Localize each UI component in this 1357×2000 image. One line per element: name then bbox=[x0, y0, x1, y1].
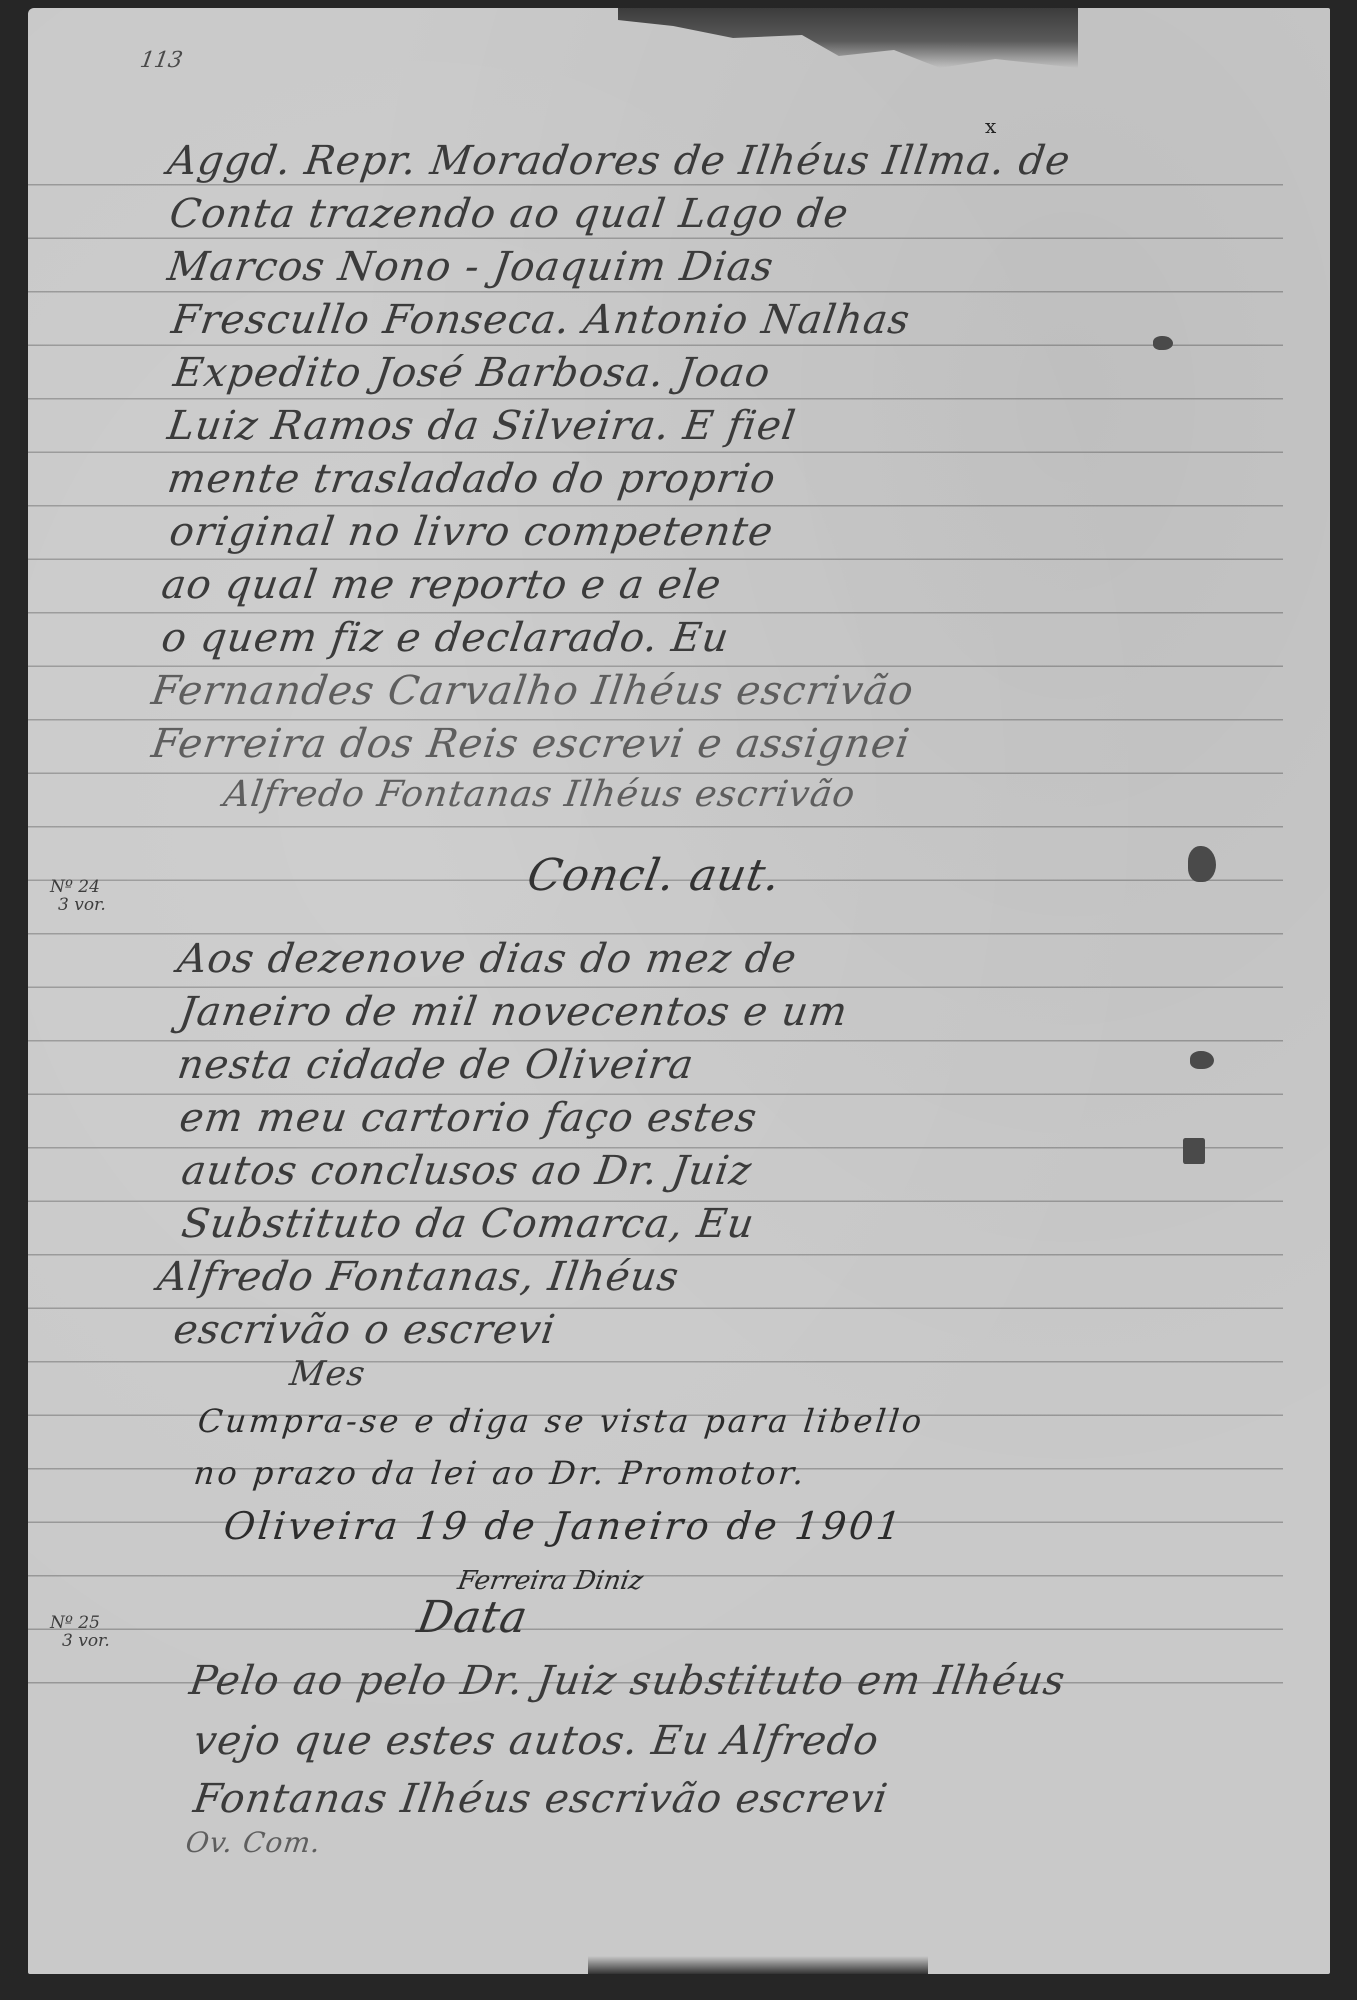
text-line: no prazo da lei ao Dr. Promotor. bbox=[192, 1454, 809, 1492]
text-line: Ov. Com. bbox=[184, 1826, 324, 1859]
text-line: Cumpra-se e diga se vista para libello bbox=[196, 1402, 926, 1440]
text-line: Fontanas Ilhéus escrivão escrevi bbox=[191, 1776, 891, 1822]
text-line: Aggd. Repr. Moradores de Ilhéus Illma. d… bbox=[165, 138, 1074, 184]
section-heading: Concl. aut. bbox=[524, 850, 785, 901]
text-line: Expedito José Barbosa. Joao bbox=[171, 350, 774, 396]
ink-spot bbox=[1153, 336, 1173, 350]
x-mark: x bbox=[985, 114, 996, 138]
margin-note: Nº 24 3 vor. bbox=[50, 878, 106, 914]
text-line: o quem fiz e declarado. Eu bbox=[159, 615, 732, 661]
torn-edge-top bbox=[618, 8, 1078, 68]
ink-spot bbox=[1183, 1138, 1205, 1164]
text-line: Ferreira dos Reis escrevi e assignei bbox=[149, 721, 913, 767]
text-line: escrivão o escrevi bbox=[171, 1307, 559, 1353]
ink-spot bbox=[1188, 846, 1216, 882]
page-number-mark: 113 bbox=[135, 48, 186, 73]
text-line: Alfredo Fontanas, Ilhéus bbox=[155, 1254, 682, 1300]
text-line: Substituto da Comarca, Eu bbox=[179, 1201, 758, 1247]
text-line: ao qual me reporto e a ele bbox=[159, 562, 725, 608]
text-line: Fernandes Carvalho Ilhéus escrivão bbox=[149, 668, 917, 714]
text-line: original no livro competente bbox=[167, 509, 777, 555]
section-heading: Data bbox=[414, 1592, 532, 1643]
text-line: vejo que estes autos. Eu Alfredo bbox=[191, 1718, 882, 1764]
text-line: Aos dezenove dias do mez de bbox=[175, 936, 800, 982]
text-line: autos conclusos ao Dr. Juiz bbox=[179, 1148, 755, 1194]
text-line: Marcos Nono - Joaquim Dias bbox=[165, 244, 777, 290]
text-line: em meu cartorio faço estes bbox=[177, 1095, 760, 1141]
text-line: Frescullo Fonseca. Antonio Nalhas bbox=[169, 297, 913, 343]
document-page: 113 x Aggd. Repr. Moradores de Ilhéus Il… bbox=[28, 8, 1330, 1974]
text-line: Mes bbox=[287, 1354, 368, 1394]
text-line: Alfredo Fontanas Ilhéus escrivão bbox=[221, 774, 858, 815]
text-line: Pelo ao pelo Dr. Juiz substituto em Ilhé… bbox=[187, 1658, 1069, 1704]
ink-spot bbox=[1190, 1051, 1214, 1069]
text-line: nesta cidade de Oliveira bbox=[175, 1042, 697, 1088]
text-line: Conta trazendo ao qual Lago de bbox=[167, 191, 852, 237]
text-line: Luiz Ramos da Silveira. E fiel bbox=[165, 403, 799, 449]
text-line: Janeiro de mil novecentos e um bbox=[177, 989, 851, 1035]
margin-note: Nº 25 3 vor. bbox=[50, 1614, 110, 1650]
date-line: Oliveira 19 de Janeiro de 1901 bbox=[222, 1504, 906, 1548]
torn-edge-bottom bbox=[588, 1956, 928, 1974]
text-line: mente trasladado do proprio bbox=[165, 456, 779, 502]
